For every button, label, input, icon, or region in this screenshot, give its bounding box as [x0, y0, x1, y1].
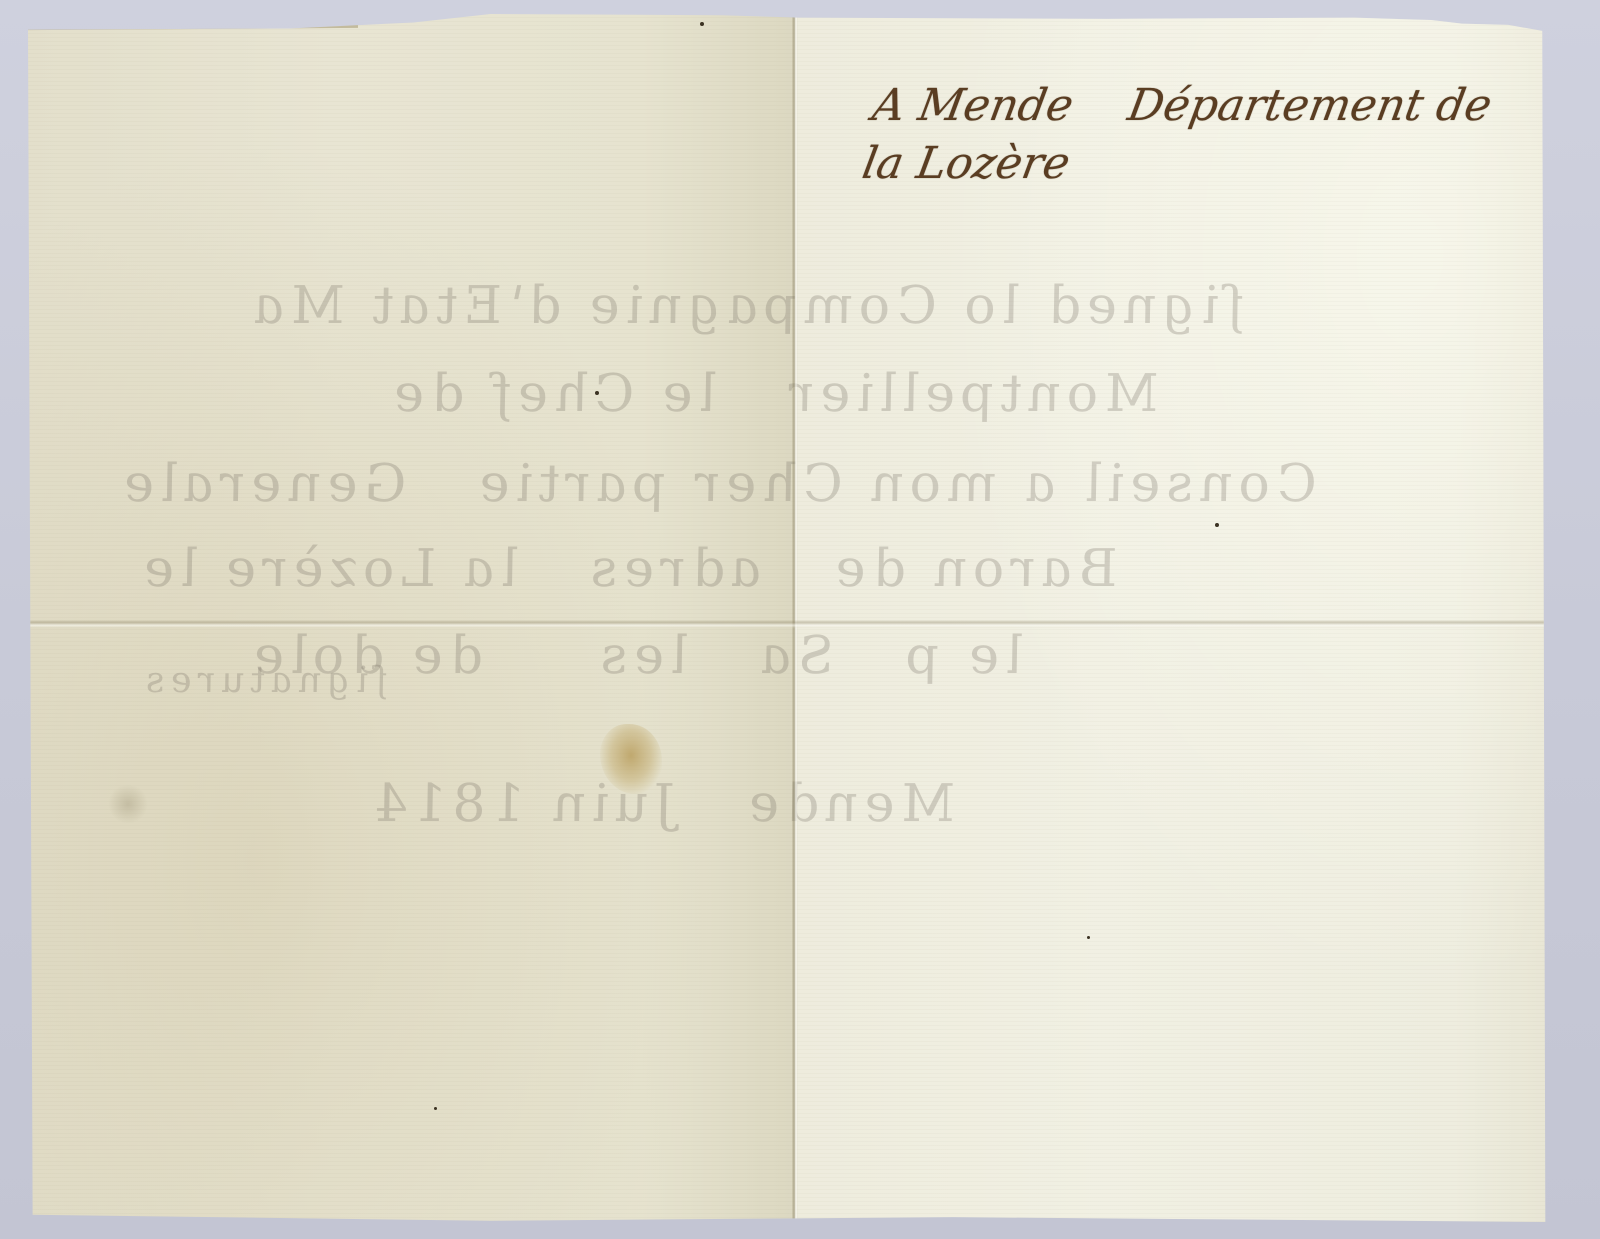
right-panel [795, 14, 1570, 1222]
address-city: A Mende [869, 80, 1077, 131]
paper-speck [1215, 523, 1219, 527]
paper-speck [700, 22, 704, 26]
address-block: A MendeDépartement de la Lozère [859, 82, 1552, 189]
left-panel [28, 14, 795, 1222]
paper-speck [434, 1107, 437, 1110]
paper-speck [595, 391, 599, 395]
address-department: Département de [1124, 80, 1495, 131]
bleed-through-line: Montpellier le Chef de [382, 364, 1165, 424]
address-line-1: A MendeDépartement de [869, 82, 1551, 130]
bleed-through-line: Mende Juin 1814 [362, 774, 961, 834]
bleed-through-line: ſigned lo Compagnie d'Etat Ma [242, 276, 1251, 336]
horizontal-fold [28, 620, 1570, 628]
bleed-through-line: ſignatures [84, 660, 392, 701]
letter-sheet: ſigned lo Compagnie d'Etat Ma Montpellie… [28, 14, 1570, 1222]
bleed-through-line: Conseil a mon Cher partie Generale [112, 454, 1323, 514]
vertical-fold [792, 14, 798, 1222]
address-line-2: la Lozère [859, 140, 1541, 188]
paper-speck [1087, 936, 1090, 939]
faint-stain [108, 784, 148, 824]
bleed-through-line: Baron de adres la Lozère le [132, 539, 1124, 599]
